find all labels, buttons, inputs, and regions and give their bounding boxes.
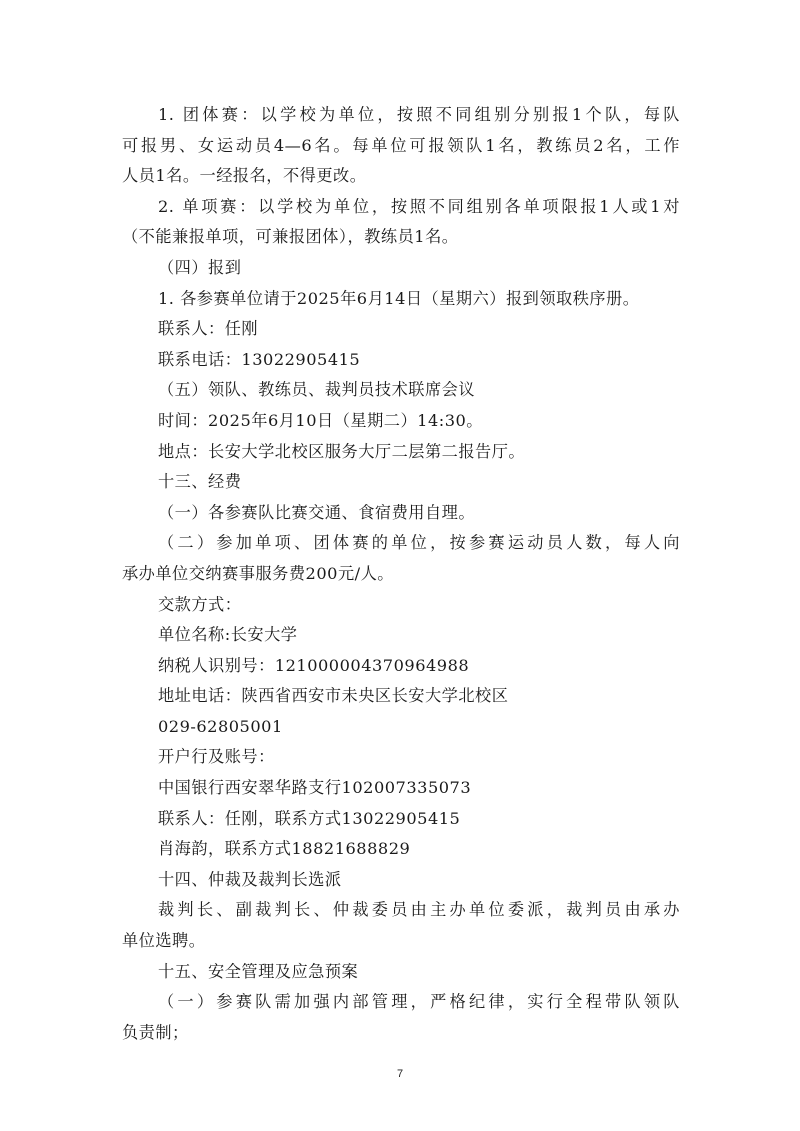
paragraph-line: 单位选聘。 [122,926,680,957]
contact-person: 联系人：任刚 [122,314,680,345]
meeting-time: 时间：2025年6月10日（星期二）14:30。 [122,406,680,437]
paragraph-line: （不能兼报单项，可兼报团体），教练员1名。 [122,222,680,253]
address-phone: 029-62805001 [122,712,680,743]
paragraph-line: （一）各参赛队比赛交通、食宿费用自理。 [122,498,680,529]
taxpayer-id: 纳税人识别号：121000004370964988 [122,651,680,682]
section-heading: 十四、仲裁及裁判长选派 [122,865,680,896]
meeting-location: 地点：长安大学北校区服务大厅二层第二报告厅。 [122,437,680,468]
contact-phone: 联系电话：13022905415 [122,345,680,376]
section-heading: 十三、经费 [122,467,680,498]
unit-name: 单位名称:长安大学 [122,620,680,651]
paragraph-line: 1. 团体赛：以学校为单位，按照不同组别分别报1个队，每队 [122,100,680,131]
document-page: 1. 团体赛：以学校为单位，按照不同组别分别报1个队，每队 可报男、女运动员4—… [0,0,800,1131]
bank-label: 开户行及账号： [122,742,680,773]
paragraph-line: 人员1名。一经报名，不得更改。 [122,161,680,192]
paragraph-line: （一）参赛队需加强内部管理，严格纪律，实行全程带队领队 [122,987,680,1018]
paragraph-line: 承办单位交纳赛事服务费200元/人。 [122,559,680,590]
contact-person: 联系人：任刚，联系方式13022905415 [122,804,680,835]
paragraph-line: 裁判长、副裁判长、仲裁委员由主办单位委派，裁判员由承办 [122,895,680,926]
section-heading: 十五、安全管理及应急预案 [122,957,680,988]
paragraph-line: 1. 各参赛单位请于2025年6月14日（星期六）报到领取秩序册。 [122,284,680,315]
contact-person: 肖海韵，联系方式18821688829 [122,834,680,865]
document-body: 1. 团体赛：以学校为单位，按照不同组别分别报1个队，每队 可报男、女运动员4—… [122,100,680,1048]
address: 地址电话：陕西省西安市未央区长安大学北校区 [122,681,680,712]
section-heading: （四）报到 [122,253,680,284]
paragraph-line: 可报男、女运动员4—6名。每单位可报领队1名，教练员2名，工作 [122,131,680,162]
paragraph-line: 负责制； [122,1018,680,1049]
payment-method-label: 交款方式： [122,590,680,621]
section-heading: （五）领队、教练员、裁判员技术联席会议 [122,375,680,406]
bank-account: 中国银行西安翠华路支行102007335073 [122,773,680,804]
paragraph-line: （二）参加单项、团体赛的单位，按参赛运动员人数，每人向 [122,528,680,559]
paragraph-line: 2. 单项赛：以学校为单位，按照不同组别各单项限报1人或1对 [122,192,680,223]
page-number: 7 [0,1068,800,1080]
